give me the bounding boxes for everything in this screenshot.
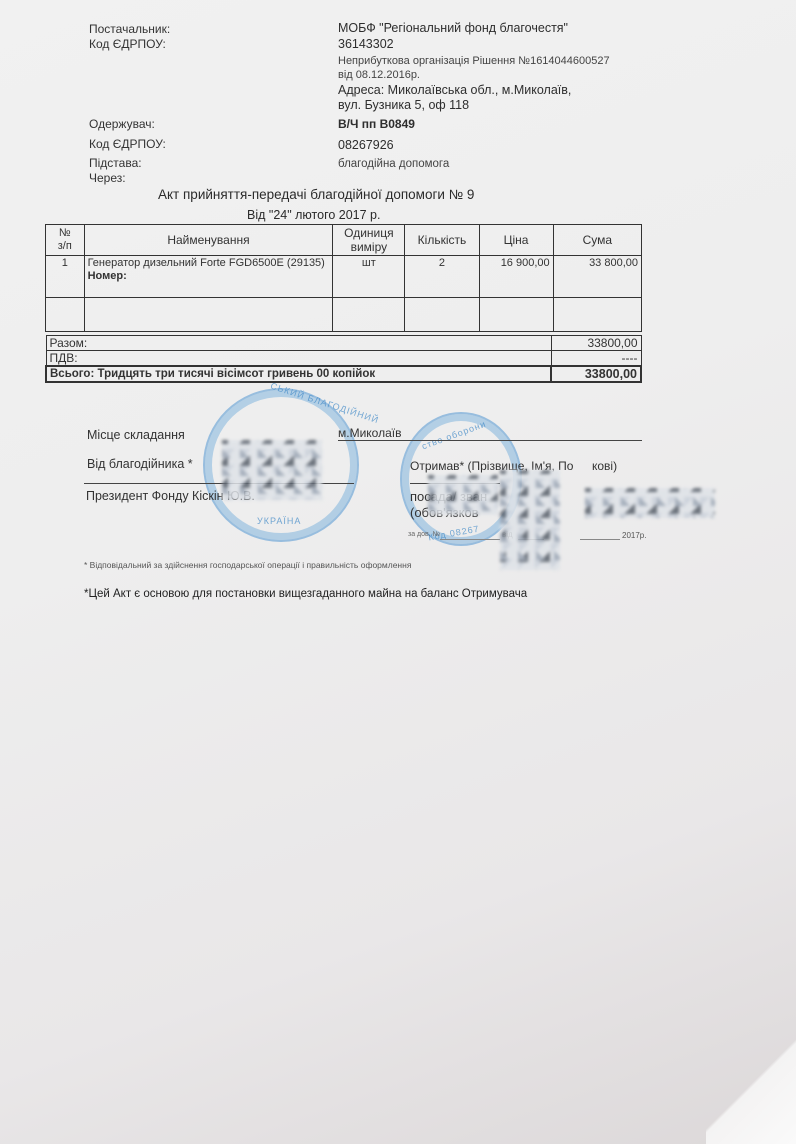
header-unit: Одиниця виміру (333, 225, 405, 256)
place-label: Місце складання (87, 428, 185, 442)
vat-row: ПДВ: ---- (46, 351, 641, 367)
donor-stamp-bottom-text: УКРАЇНА (257, 516, 301, 526)
row-num: 1 (46, 256, 85, 298)
row-name: Генератор дизельний Forte FGD6500E (2913… (84, 256, 333, 298)
redacted-donor-signature (222, 440, 322, 500)
recipient-name: В/Ч пп В0849 (338, 117, 415, 131)
basis-value: благодійна допомога (338, 158, 449, 170)
place-underline (338, 440, 642, 441)
total-value: 33800,00 (551, 366, 641, 382)
header-num-line2: з/п (49, 240, 81, 253)
supplier-edrpou: 36143302 (338, 37, 394, 51)
doc-number-label: за дов. № (408, 531, 440, 538)
place-value: м.Миколаїв (338, 426, 401, 440)
recipient-edrpou-label: Код ЄДРПОУ: (89, 137, 166, 151)
table-row-empty (46, 298, 642, 332)
supplier-edrpou-label: Код ЄДРПОУ: (89, 37, 166, 51)
header-name: Найменування (84, 225, 333, 256)
recipient-label: Одержувач: (89, 117, 155, 131)
empty-cell (46, 298, 85, 332)
donor-label: Від благодійника * (87, 457, 193, 471)
footnote: * Відповідальний за здійснення господарс… (84, 560, 411, 570)
header-num: № з/п (46, 225, 85, 256)
total-row: Всього: Тридцять три тисячі вісімсот гри… (46, 366, 641, 382)
received-label-suffix: кові) (592, 459, 617, 473)
row-name-bold: Номер: (88, 270, 127, 282)
header-price: Ціна (479, 225, 553, 256)
doc-year: 2017р. (622, 531, 646, 540)
subtotal-label: Разом: (46, 336, 551, 351)
basis-label: Підстава: (89, 156, 142, 170)
supplier-name: МОБФ "Регіональний фонд благочестя" (338, 21, 568, 35)
supplier-note-line2: від 08.12.2016р. (338, 69, 420, 81)
recipient-edrpou: 08267926 (338, 138, 394, 152)
empty-cell (333, 298, 405, 332)
redacted-recipient-signature (585, 488, 715, 518)
subtotal-value: 33800,00 (551, 336, 641, 351)
items-table: № з/п Найменування Одиниця виміру Кількі… (45, 224, 642, 332)
doc-number-line (440, 539, 500, 540)
empty-cell (479, 298, 553, 332)
header-qty: Кількість (405, 225, 479, 256)
supplier-note-line1: Неприбуткова організація Рішення №161404… (338, 55, 610, 67)
header-sum: Сума (553, 225, 641, 256)
vat-value: ---- (551, 351, 641, 367)
row-qty: 2 (405, 256, 479, 298)
subtotal-row: Разом: 33800,00 (46, 336, 641, 351)
header-unit-line1: Одиниця (336, 226, 401, 240)
supplier-label: Постачальник: (89, 22, 170, 36)
table-header-row: № з/п Найменування Одиниця виміру Кількі… (46, 225, 642, 256)
row-sum: 33 800,00 (553, 256, 641, 298)
supplier-address-line1: Адреса: Миколаївська обл., м.Миколаїв, (338, 83, 571, 97)
empty-cell (405, 298, 479, 332)
redacted-recipient-name (428, 475, 498, 515)
vat-label: ПДВ: (46, 351, 551, 367)
row-name-text: Генератор дизельний Forte FGD6500E (2913… (88, 257, 325, 269)
document-title: Акт прийняття-передачі благодійної допом… (158, 187, 474, 202)
supplier-address-line2: вул. Бузника 5, оф 118 (338, 98, 469, 112)
table-row: 1 Генератор дизельний Forte FGD6500E (29… (46, 256, 642, 298)
document-date: Від "24" лютого 2017 р. (247, 208, 380, 222)
doc-month-line (580, 539, 620, 540)
redacted-recipient-position (500, 470, 560, 570)
empty-cell (84, 298, 333, 332)
row-unit: шт (333, 256, 405, 298)
header-num-line1: № (49, 227, 81, 240)
total-label: Всього: Тридцять три тисячі вісімсот гри… (46, 366, 551, 382)
header-unit-line2: виміру (336, 240, 401, 254)
row-price: 16 900,00 (479, 256, 553, 298)
paper-corner-shadow (706, 1024, 796, 1144)
balance-note: *Цей Акт є основою для постановки вищезг… (84, 588, 527, 600)
via-label: Через: (89, 171, 126, 185)
totals-table: Разом: 33800,00 ПДВ: ---- Всього: Тридця… (45, 335, 642, 383)
empty-cell (553, 298, 641, 332)
